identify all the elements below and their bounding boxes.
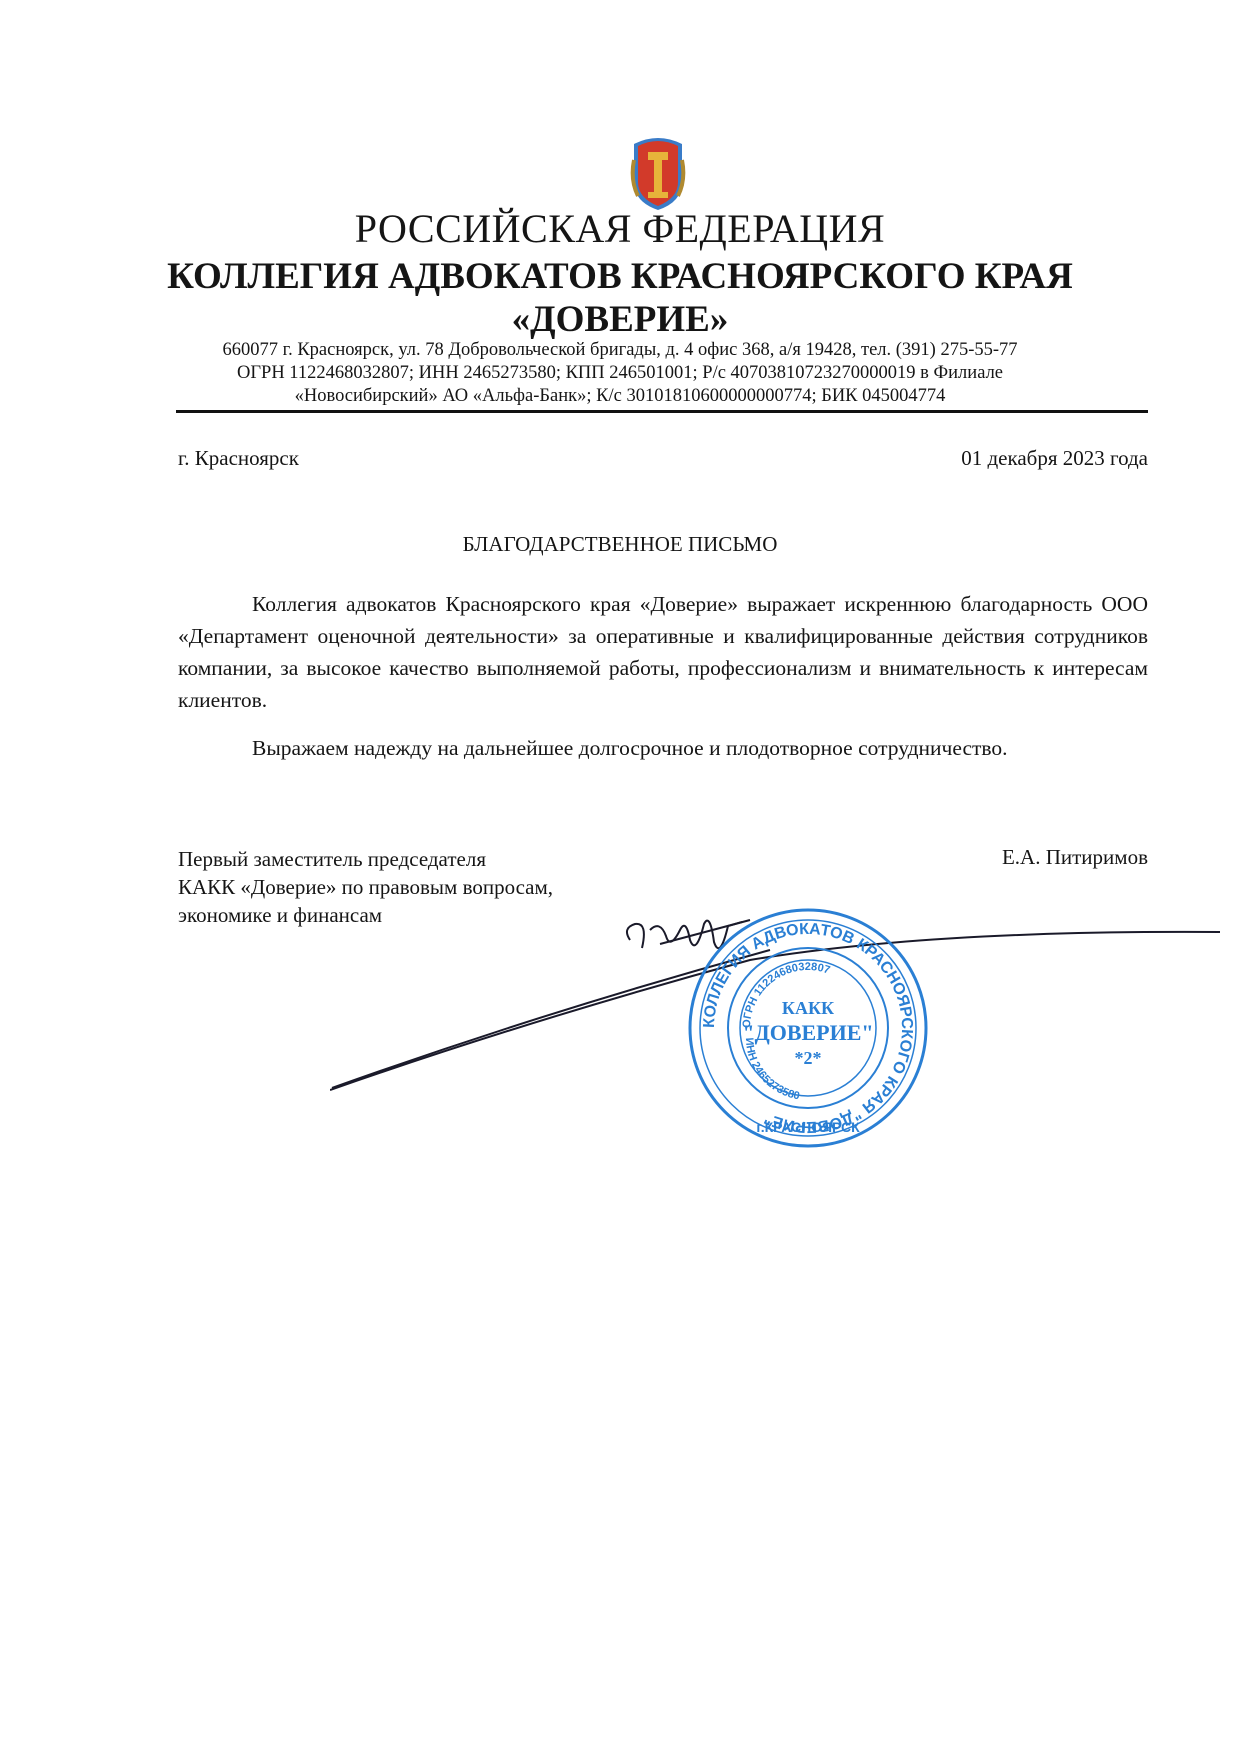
- country-heading: РОССИЙСКАЯ ФЕДЕРАЦИЯ: [0, 205, 1240, 252]
- svg-text:*2*: *2*: [795, 1048, 822, 1068]
- letter-date: 01 декабря 2023 года: [961, 446, 1148, 471]
- letter-paragraph: Коллегия адвокатов Красноярского края «Д…: [178, 588, 1148, 716]
- signature-icon: [330, 920, 1220, 1090]
- svg-text:"ДОВЕРИЕ": "ДОВЕРИЕ": [742, 1020, 873, 1045]
- letter-city: г. Красноярск: [178, 446, 299, 471]
- organization-heading: КОЛЛЕГИЯ АДВОКАТОВ КРАСНОЯРСКОГО КРАЯ: [0, 255, 1240, 298]
- header-divider: [176, 410, 1148, 413]
- coat-of-arms-icon: [628, 130, 688, 212]
- svg-text:КАКК: КАКК: [782, 998, 834, 1018]
- organization-name: «ДОВЕРИЕ»: [0, 298, 1240, 341]
- signature-and-stamp: КОЛЛЕГИЯ АДВОКАТОВ КРАСНОЯРСКОГО КРАЯ "Д…: [330, 900, 1230, 1160]
- letter-paragraph: Выражаем надежду на дальнейшее долгосроч…: [178, 732, 1148, 764]
- signer-position-line: Первый заместитель председателя: [178, 845, 553, 873]
- signer-position-line: КАКК «Доверие» по правовым вопросам,: [178, 873, 553, 901]
- requisites-line: «Новосибирский» АО «Альфа-Банк»; К/с 301…: [0, 386, 1240, 407]
- letter-title: БЛАГОДАРСТВЕННОЕ ПИСЬМО: [0, 532, 1240, 557]
- svg-text:г.КРАСНОЯРСК: г.КРАСНОЯРСК: [756, 1119, 860, 1135]
- stamp-icon: КОЛЛЕГИЯ АДВОКАТОВ КРАСНОЯРСКОГО КРАЯ "Д…: [690, 910, 926, 1146]
- svg-text:ОГРН 1122468032807: ОГРН 1122468032807: [741, 961, 832, 1028]
- svg-text:ИНН 2465273580: ИНН 2465273580: [743, 1037, 801, 1102]
- requisites-line: 660077 г. Красноярск, ул. 78 Добровольче…: [0, 340, 1240, 361]
- signer-name: Е.А. Питиримов: [1002, 845, 1148, 870]
- requisites-line: ОГРН 1122468032807; ИНН 2465273580; КПП …: [0, 363, 1240, 384]
